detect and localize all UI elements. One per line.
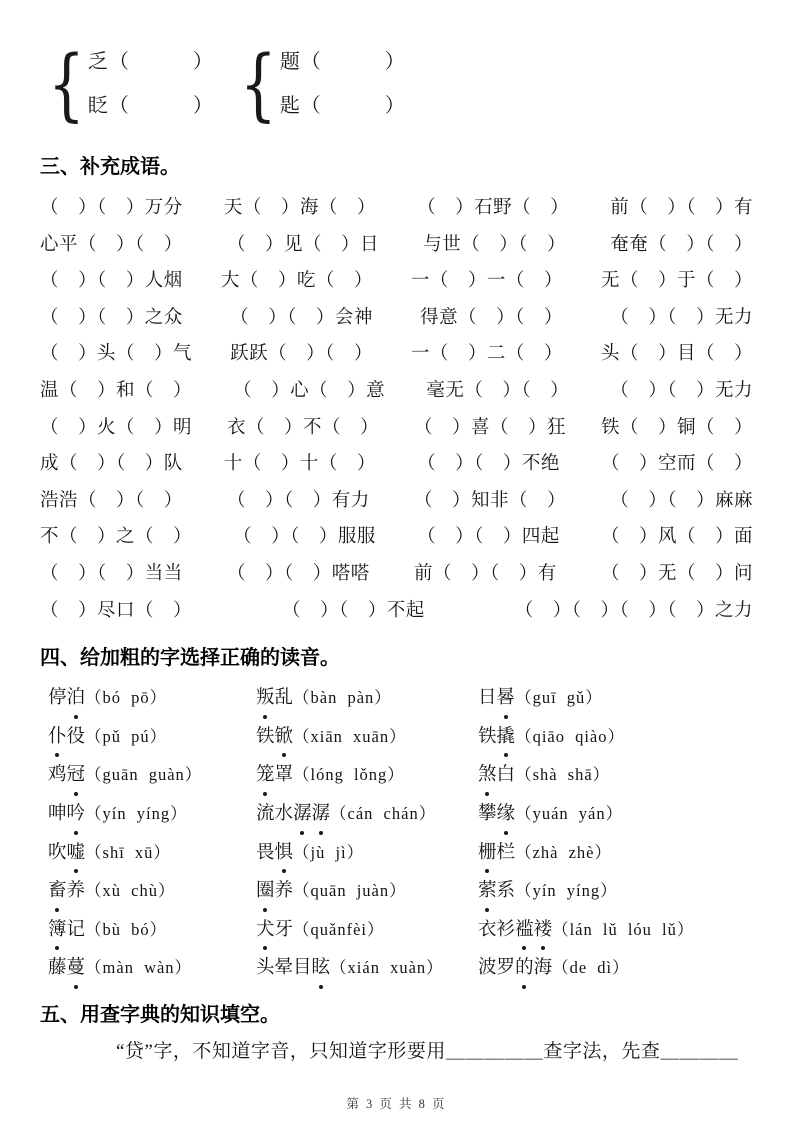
idiom-blank-group: 一（ ）二（ ） bbox=[411, 336, 563, 373]
idiom-blank-group: 无（ ）于（ ） bbox=[601, 263, 753, 300]
idiom-blank-group: 奄奄（ ）（ ） bbox=[610, 227, 753, 264]
idiom-blank-group: （ ）风（ ）面 bbox=[601, 519, 753, 556]
pronunciation-char: 吹 bbox=[48, 835, 67, 873]
pronunciation-pinyin: （lán lǔ lóu lǔ） bbox=[552, 920, 694, 939]
idiom-blank-group: 大（ ）吃（ ） bbox=[221, 263, 373, 300]
idiom-line: （ ）（ ）人烟大（ ）吃（ ）一（ ）一（ ）无（ ）于（ ） bbox=[40, 263, 753, 300]
pronunciation-item: 笼罩（lóng lǒng） bbox=[256, 756, 478, 795]
idiom-blank-group: （ ）（ ）四起 bbox=[417, 519, 560, 556]
idiom-blank-group: 一（ ）一（ ） bbox=[411, 263, 563, 300]
idiom-blank-group: （ ）火（ ）明 bbox=[40, 410, 192, 447]
pronunciation-char: 罗 bbox=[497, 950, 516, 988]
pronunciation-word: 波罗的海 bbox=[478, 958, 552, 978]
left-brace-icon: { bbox=[48, 45, 85, 123]
pronunciation-char: 鸡 bbox=[48, 757, 67, 795]
pronunciation-pinyin: （jù jì） bbox=[293, 843, 364, 862]
pronunciation-item: 衣衫褴褛（lán lǔ lóu lǔ） bbox=[478, 911, 753, 950]
pronunciation-pinyin: （xiān xuān） bbox=[293, 727, 407, 746]
pronunciation-char: 吟 bbox=[67, 796, 86, 834]
pronunciation-item: 藤蔓（màn wàn） bbox=[48, 949, 256, 988]
pronunciation-char: 栏 bbox=[497, 835, 516, 873]
idiom-blank-group: 前（ ）（ ）有 bbox=[610, 190, 753, 227]
pronunciation-char: 嘘 bbox=[67, 835, 86, 873]
brace-group: {题（ ）匙（ ） bbox=[240, 40, 406, 128]
idiom-blank-group: 头（ ）目（ ） bbox=[601, 336, 753, 373]
idiom-section-heading: 三、补充成语。 bbox=[40, 154, 753, 180]
pronunciation-char: 藤 bbox=[48, 950, 67, 988]
pronunciation-word: 呻吟 bbox=[48, 804, 85, 824]
idiom-lines: （ ）（ ）万分天（ ）海（ ）（ ）石野（ ）前（ ）（ ）有心平（ ）（ ）… bbox=[40, 190, 753, 629]
pronunciation-word: 衣衫褴褛 bbox=[478, 920, 552, 940]
pronunciation-char: 海 bbox=[534, 950, 553, 988]
idiom-line: （ ）尽口（ ）（ ）（ ）不起（ ）（ ）（ ）（ ）之力 bbox=[40, 593, 753, 630]
brace-rows: 乏（ ）眨（ ） bbox=[88, 40, 214, 128]
pronunciation-item: 流水潺潺（cán chán） bbox=[256, 795, 478, 834]
page-number: 第 3 页 共 8 页 bbox=[40, 1094, 753, 1112]
pronunciation-word: 藤蔓 bbox=[48, 958, 85, 978]
idiom-blank-group: （ ）（ ）会神 bbox=[230, 300, 373, 337]
pronunciation-item: 煞白（shà shā） bbox=[478, 756, 753, 795]
pronunciation-word: 畜养 bbox=[48, 881, 85, 901]
pronunciation-pinyin: （quān juàn） bbox=[293, 881, 407, 900]
pronunciation-char: 养 bbox=[67, 873, 86, 911]
pronunciation-word: 仆役 bbox=[48, 727, 85, 747]
pronunciation-char: 簿 bbox=[48, 912, 67, 950]
pronunciation-char: 眩 bbox=[312, 950, 331, 988]
pronunciation-item: 日晷（guī gǔ） bbox=[478, 679, 753, 718]
pronunciation-word: 铁撬 bbox=[478, 727, 515, 747]
pronunciation-char: 记 bbox=[67, 912, 86, 950]
pronunciation-item: 铁撬（qiāo qiào） bbox=[478, 718, 753, 757]
pronunciation-pinyin: （guān guàn） bbox=[85, 765, 202, 784]
idiom-blank-group: （ ）（ ）当当 bbox=[40, 556, 183, 593]
pronunciation-char: 养 bbox=[274, 873, 293, 911]
idiom-blank-group: 浩浩（ ）（ ） bbox=[40, 483, 183, 520]
pronunciation-item: 呻吟（yín yíng） bbox=[48, 795, 256, 834]
pronunciation-pinyin: （yín yíng） bbox=[515, 881, 618, 900]
pronunciation-char: 蔓 bbox=[67, 950, 86, 988]
pronunciation-item: 叛乱（bàn pàn） bbox=[256, 679, 478, 718]
pronunciation-pinyin: （qiāo qiào） bbox=[515, 727, 625, 746]
pronunciation-char: 牙 bbox=[274, 912, 293, 950]
idiom-line: 成（ ）（ ）队十（ ）十（ ）（ ）（ ）不绝（ ）空而（ ） bbox=[40, 446, 753, 483]
pronunciation-pinyin: （shī xū） bbox=[85, 843, 171, 862]
pronunciation-pinyin: （bù bó） bbox=[85, 920, 167, 939]
idiom-blank-group: 天（ ）海（ ） bbox=[224, 190, 376, 227]
pronunciation-char: 畜 bbox=[48, 873, 67, 911]
idiom-line: （ ）（ ）当当（ ）（ ）嗒嗒前（ ）（ ）有（ ）无（ ）问 bbox=[40, 556, 753, 593]
idiom-blank-group: 毫无（ ）（ ） bbox=[426, 373, 569, 410]
idiom-line: 不（ ）之（ ）（ ）（ ）服服（ ）（ ）四起（ ）风（ ）面 bbox=[40, 519, 753, 556]
pronunciation-char: 白 bbox=[497, 757, 516, 795]
pronunciation-pinyin: （zhà zhè） bbox=[515, 843, 612, 862]
word-pair-row: 题（ ） bbox=[280, 40, 406, 84]
pronunciation-pinyin: （cán chán） bbox=[330, 804, 436, 823]
pronunciation-item: 攀缘（yuán yán） bbox=[478, 795, 753, 834]
pronunciation-pinyin: （bó pō） bbox=[85, 688, 167, 707]
pronunciation-grid: 停泊（bó pō）叛乱（bàn pàn）日晷（guī gǔ）仆役（pǔ pú）铁… bbox=[40, 679, 753, 988]
idiom-blank-group: （ ）（ ）嗒嗒 bbox=[227, 556, 370, 593]
pronunciation-word: 头晕目眩 bbox=[256, 958, 330, 978]
pronunciation-char: 役 bbox=[67, 719, 86, 757]
pronunciation-pinyin: （yuán yán） bbox=[515, 804, 623, 823]
pronunciation-pinyin: （pǔ pú） bbox=[85, 727, 167, 746]
pronunciation-char: 晷 bbox=[497, 680, 516, 718]
worksheet-page: {乏（ ）眨（ ）{题（ ）匙（ ） 三、补充成语。 （ ）（ ）万分天（ ）海… bbox=[0, 0, 793, 1122]
idiom-blank-group: （ ）（ ）之众 bbox=[40, 300, 183, 337]
pronunciation-char: 潺 bbox=[312, 796, 331, 834]
pronunciation-char: 煞 bbox=[478, 757, 497, 795]
pronunciation-pinyin: （lóng lǒng） bbox=[293, 765, 405, 784]
pronunciation-char: 目 bbox=[293, 950, 312, 988]
pronunciation-word: 铁锨 bbox=[256, 727, 293, 747]
pronunciation-pinyin: （bàn pàn） bbox=[293, 688, 392, 707]
pronunciation-char: 撬 bbox=[497, 719, 516, 757]
pronunciation-word: 煞白 bbox=[478, 765, 515, 785]
idiom-line: （ ）头（ ）气跃跃（ ）（ ）一（ ）二（ ）头（ ）目（ ） bbox=[40, 336, 753, 373]
idiom-blank-group: （ ）（ ）不绝 bbox=[417, 446, 560, 483]
pronunciation-char: 呻 bbox=[48, 796, 67, 834]
pronunciation-word: 栅栏 bbox=[478, 843, 515, 863]
idiom-blank-group: 十（ ）十（ ） bbox=[224, 446, 376, 483]
idiom-line: （ ）火（ ）明衣（ ）不（ ）（ ）喜（ ）狂铁（ ）铜（ ） bbox=[40, 410, 753, 447]
idiom-blank-group: 成（ ）（ ）队 bbox=[40, 446, 183, 483]
idiom-line: 心平（ ）（ ）（ ）见（ ）日与世（ ）（ ）奄奄（ ）（ ） bbox=[40, 227, 753, 264]
word-pair-groups: {乏（ ）眨（ ）{题（ ）匙（ ） bbox=[48, 40, 753, 128]
pronunciation-item: 鸡冠（guān guàn） bbox=[48, 756, 256, 795]
idiom-blank-group: （ ）石野（ ） bbox=[417, 190, 569, 227]
pronunciation-item: 吹嘘（shī xū） bbox=[48, 834, 256, 873]
pronunciation-char: 畏 bbox=[256, 835, 275, 873]
idiom-blank-group: （ ）（ ）无力 bbox=[610, 373, 753, 410]
idiom-blank-group: （ ）（ ）无力 bbox=[610, 300, 753, 337]
word-pair-row: 眨（ ） bbox=[88, 84, 214, 128]
pronunciation-word: 吹嘘 bbox=[48, 843, 85, 863]
idiom-blank-group: （ ）（ ）不起 bbox=[282, 593, 425, 630]
brace-group: {乏（ ）眨（ ） bbox=[48, 40, 214, 128]
pronunciation-pinyin: （guī gǔ） bbox=[515, 688, 603, 707]
pronunciation-word: 畏惧 bbox=[256, 843, 293, 863]
pronunciation-char: 惧 bbox=[274, 835, 293, 873]
pronunciation-char: 缘 bbox=[497, 796, 516, 834]
pronunciation-char: 的 bbox=[515, 950, 534, 988]
idiom-blank-group: 心平（ ）（ ） bbox=[40, 227, 183, 264]
pronunciation-char: 衫 bbox=[497, 912, 516, 950]
pronunciation-item: 仆役（pǔ pú） bbox=[48, 718, 256, 757]
pronunciation-section-heading: 四、给加粗的字选择正确的读音。 bbox=[40, 645, 753, 671]
pronunciation-char: 头 bbox=[256, 950, 275, 988]
dictionary-fill-line: “贷”字，不知道字音，只知道字形要用＿＿＿＿＿查字法，先查＿＿＿＿ bbox=[116, 1032, 753, 1072]
brace-rows: 题（ ）匙（ ） bbox=[280, 40, 406, 128]
pronunciation-char: 锨 bbox=[274, 719, 293, 757]
pronunciation-char: 栅 bbox=[478, 835, 497, 873]
pronunciation-char: 叛 bbox=[256, 680, 275, 718]
idiom-blank-group: 跃跃（ ）（ ） bbox=[230, 336, 373, 373]
idiom-line: 浩浩（ ）（ ）（ ）（ ）有力（ ）知非（ ）（ ）（ ）麻麻 bbox=[40, 483, 753, 520]
word-pair-row: 匙（ ） bbox=[280, 84, 406, 128]
pronunciation-char: 萦 bbox=[478, 873, 497, 911]
idiom-blank-group: （ ）头（ ）气 bbox=[40, 336, 192, 373]
word-pair-row: 乏（ ） bbox=[88, 40, 214, 84]
pronunciation-item: 头晕目眩（xián xuàn） bbox=[256, 949, 478, 988]
pronunciation-word: 圈养 bbox=[256, 881, 293, 901]
pronunciation-char: 笼 bbox=[256, 757, 275, 795]
pronunciation-word: 攀缘 bbox=[478, 804, 515, 824]
idiom-blank-group: 得意（ ）（ ） bbox=[420, 300, 563, 337]
pronunciation-char: 犬 bbox=[256, 912, 275, 950]
pronunciation-char: 罩 bbox=[274, 757, 293, 795]
pronunciation-char: 铁 bbox=[478, 719, 497, 757]
idiom-line: （ ）（ ）之众（ ）（ ）会神得意（ ）（ ）（ ）（ ）无力 bbox=[40, 300, 753, 337]
pronunciation-item: 萦系（yín yíng） bbox=[478, 872, 753, 911]
pronunciation-word: 叛乱 bbox=[256, 688, 293, 708]
pronunciation-char: 波 bbox=[478, 950, 497, 988]
pronunciation-pinyin: （xián xuàn） bbox=[330, 958, 444, 977]
idiom-blank-group: （ ）（ ）人烟 bbox=[40, 263, 183, 300]
pronunciation-word: 流水潺潺 bbox=[256, 804, 330, 824]
pronunciation-word: 萦系 bbox=[478, 881, 515, 901]
pronunciation-char: 乱 bbox=[274, 680, 293, 718]
pronunciation-char: 潺 bbox=[293, 796, 312, 834]
pronunciation-char: 日 bbox=[478, 680, 497, 718]
pronunciation-word: 日晷 bbox=[478, 688, 515, 708]
idiom-blank-group: （ ）空而（ ） bbox=[601, 446, 753, 483]
pronunciation-char: 衣 bbox=[478, 912, 497, 950]
pronunciation-char: 攀 bbox=[478, 796, 497, 834]
pronunciation-item: 波罗的海（de dì） bbox=[478, 949, 753, 988]
pronunciation-item: 簿记（bù bó） bbox=[48, 911, 256, 950]
pronunciation-char: 停 bbox=[48, 680, 67, 718]
pronunciation-word: 犬牙 bbox=[256, 920, 293, 940]
idiom-blank-group: （ ）（ ）服服 bbox=[233, 519, 376, 556]
pronunciation-item: 栅栏（zhà zhè） bbox=[478, 834, 753, 873]
pronunciation-word: 笼罩 bbox=[256, 765, 293, 785]
idiom-blank-group: 与世（ ）（ ） bbox=[423, 227, 566, 264]
pronunciation-pinyin: （màn wàn） bbox=[85, 958, 192, 977]
idiom-blank-group: 铁（ ）铜（ ） bbox=[601, 410, 753, 447]
pronunciation-char: 流 bbox=[256, 796, 275, 834]
pronunciation-item: 铁锨（xiān xuān） bbox=[256, 718, 478, 757]
pronunciation-char: 圈 bbox=[256, 873, 275, 911]
pronunciation-word: 鸡冠 bbox=[48, 765, 85, 785]
idiom-blank-group: （ ）见（ ）日 bbox=[227, 227, 379, 264]
pronunciation-char: 水 bbox=[274, 796, 293, 834]
pronunciation-char: 仆 bbox=[48, 719, 67, 757]
pronunciation-char: 系 bbox=[497, 873, 516, 911]
pronunciation-char: 褴 bbox=[515, 912, 534, 950]
pronunciation-pinyin: （quǎnfèi） bbox=[293, 920, 384, 939]
pronunciation-item: 犬牙（quǎnfèi） bbox=[256, 911, 478, 950]
idiom-blank-group: （ ）（ ）麻麻 bbox=[610, 483, 753, 520]
idiom-blank-group: 温（ ）和（ ） bbox=[40, 373, 192, 410]
idiom-blank-group: 衣（ ）不（ ） bbox=[227, 410, 379, 447]
pronunciation-word: 簿记 bbox=[48, 920, 85, 940]
pronunciation-pinyin: （shà shā） bbox=[515, 765, 610, 784]
pronunciation-char: 晕 bbox=[274, 950, 293, 988]
dictionary-section-heading: 五、用查字典的知识填空。 bbox=[40, 1002, 753, 1028]
pronunciation-char: 铁 bbox=[256, 719, 275, 757]
pronunciation-char: 泊 bbox=[67, 680, 86, 718]
pronunciation-pinyin: （yín yíng） bbox=[85, 804, 188, 823]
idiom-blank-group: （ ）（ ）（ ）（ ）之力 bbox=[515, 593, 753, 630]
idiom-blank-group: （ ）尽口（ ） bbox=[40, 593, 192, 630]
idiom-blank-group: （ ）知非（ ） bbox=[414, 483, 566, 520]
pronunciation-item: 畜养（xù chù） bbox=[48, 872, 256, 911]
idiom-blank-group: 前（ ）（ ）有 bbox=[414, 556, 557, 593]
idiom-blank-group: （ ）心（ ）意 bbox=[233, 373, 385, 410]
pronunciation-char: 冠 bbox=[67, 757, 86, 795]
idiom-line: （ ）（ ）万分天（ ）海（ ）（ ）石野（ ）前（ ）（ ）有 bbox=[40, 190, 753, 227]
left-brace-icon: { bbox=[240, 45, 277, 123]
pronunciation-item: 圈养（quān juàn） bbox=[256, 872, 478, 911]
idiom-blank-group: （ ）（ ）有力 bbox=[227, 483, 370, 520]
pronunciation-pinyin: （de dì） bbox=[552, 958, 630, 977]
idiom-line: 温（ ）和（ ）（ ）心（ ）意毫无（ ）（ ）（ ）（ ）无力 bbox=[40, 373, 753, 410]
idiom-blank-group: （ ）（ ）万分 bbox=[40, 190, 183, 227]
pronunciation-word: 停泊 bbox=[48, 688, 85, 708]
pronunciation-pinyin: （xù chù） bbox=[85, 881, 175, 900]
idiom-blank-group: （ ）喜（ ）狂 bbox=[414, 410, 566, 447]
pronunciation-item: 停泊（bó pō） bbox=[48, 679, 256, 718]
idiom-blank-group: （ ）无（ ）问 bbox=[601, 556, 753, 593]
pronunciation-item: 畏惧（jù jì） bbox=[256, 834, 478, 873]
pronunciation-char: 褛 bbox=[534, 912, 553, 950]
idiom-blank-group: 不（ ）之（ ） bbox=[40, 519, 192, 556]
